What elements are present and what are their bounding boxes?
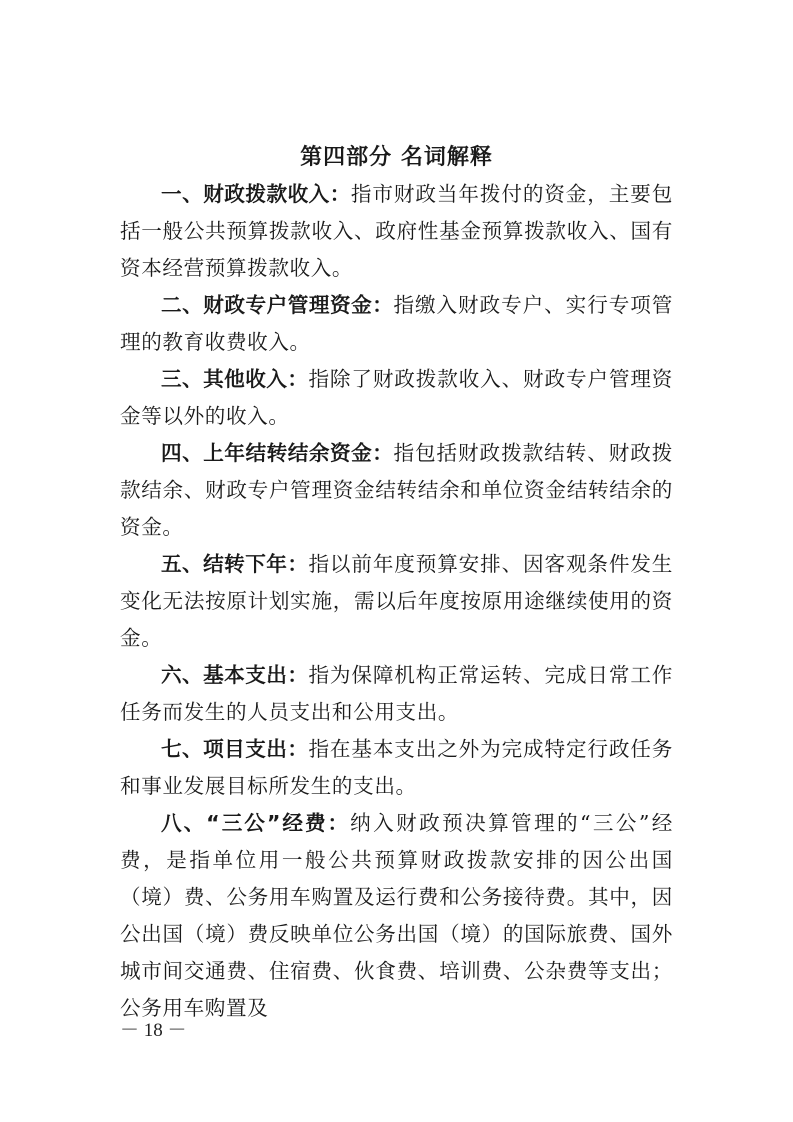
page-number: － 18 － xyxy=(120,1015,187,1042)
definition-5: 五、结转下年：指以前年度预算安排、因客观条件发生变化无法按原计划实施，需以后年度… xyxy=(120,546,673,657)
definition-1: 一、财政拨款收入：指市财政当年拨付的资金，主要包括一般公共预算拨款收入、政府性基… xyxy=(120,176,673,287)
definition-6: 六、基本支出：指为保障机构正常运转、完成日常工作任务而发生的人员支出和公用支出。 xyxy=(120,657,673,731)
definition-2: 二、财政专户管理资金：指缴入财政专户、实行专项管理的教育收费收入。 xyxy=(120,287,673,361)
definition-3: 三、其他收入：指除了财政拨款收入、财政专户管理资金等以外的收入。 xyxy=(120,361,673,435)
definition-text: 纳入财政预决算管理的“三公”经费，是指单位用一般公共预算财政拨款安排的因公出国（… xyxy=(120,811,673,1020)
definition-4: 四、上年结转结余资金：指包括财政拨款结转、财政拨款结余、财政专户管理资金结转结余… xyxy=(120,435,673,546)
term-label: 五、结转下年： xyxy=(161,552,308,576)
term-label: 四、上年结转结余资金： xyxy=(161,441,393,465)
term-label: 六、基本支出： xyxy=(161,663,308,687)
definition-7: 七、项目支出：指在基本支出之外为完成特定行政任务和事业发展目标所发生的支出。 xyxy=(120,731,673,805)
term-label: 八、“三公”经费： xyxy=(161,811,350,835)
term-label: 七、项目支出： xyxy=(161,737,308,761)
section-title: 第四部分 名词解释 xyxy=(120,140,673,176)
term-label: 三、其他收入： xyxy=(161,367,308,391)
term-label: 一、财政拨款收入： xyxy=(161,182,351,206)
term-label: 二、财政专户管理资金： xyxy=(161,293,393,317)
definition-8: 八、“三公”经费：纳入财政预决算管理的“三公”经费，是指单位用一般公共预算财政拨… xyxy=(120,805,673,1027)
document-page: 第四部分 名词解释 一、财政拨款收入：指市财政当年拨付的资金，主要包括一般公共预… xyxy=(120,140,673,1027)
